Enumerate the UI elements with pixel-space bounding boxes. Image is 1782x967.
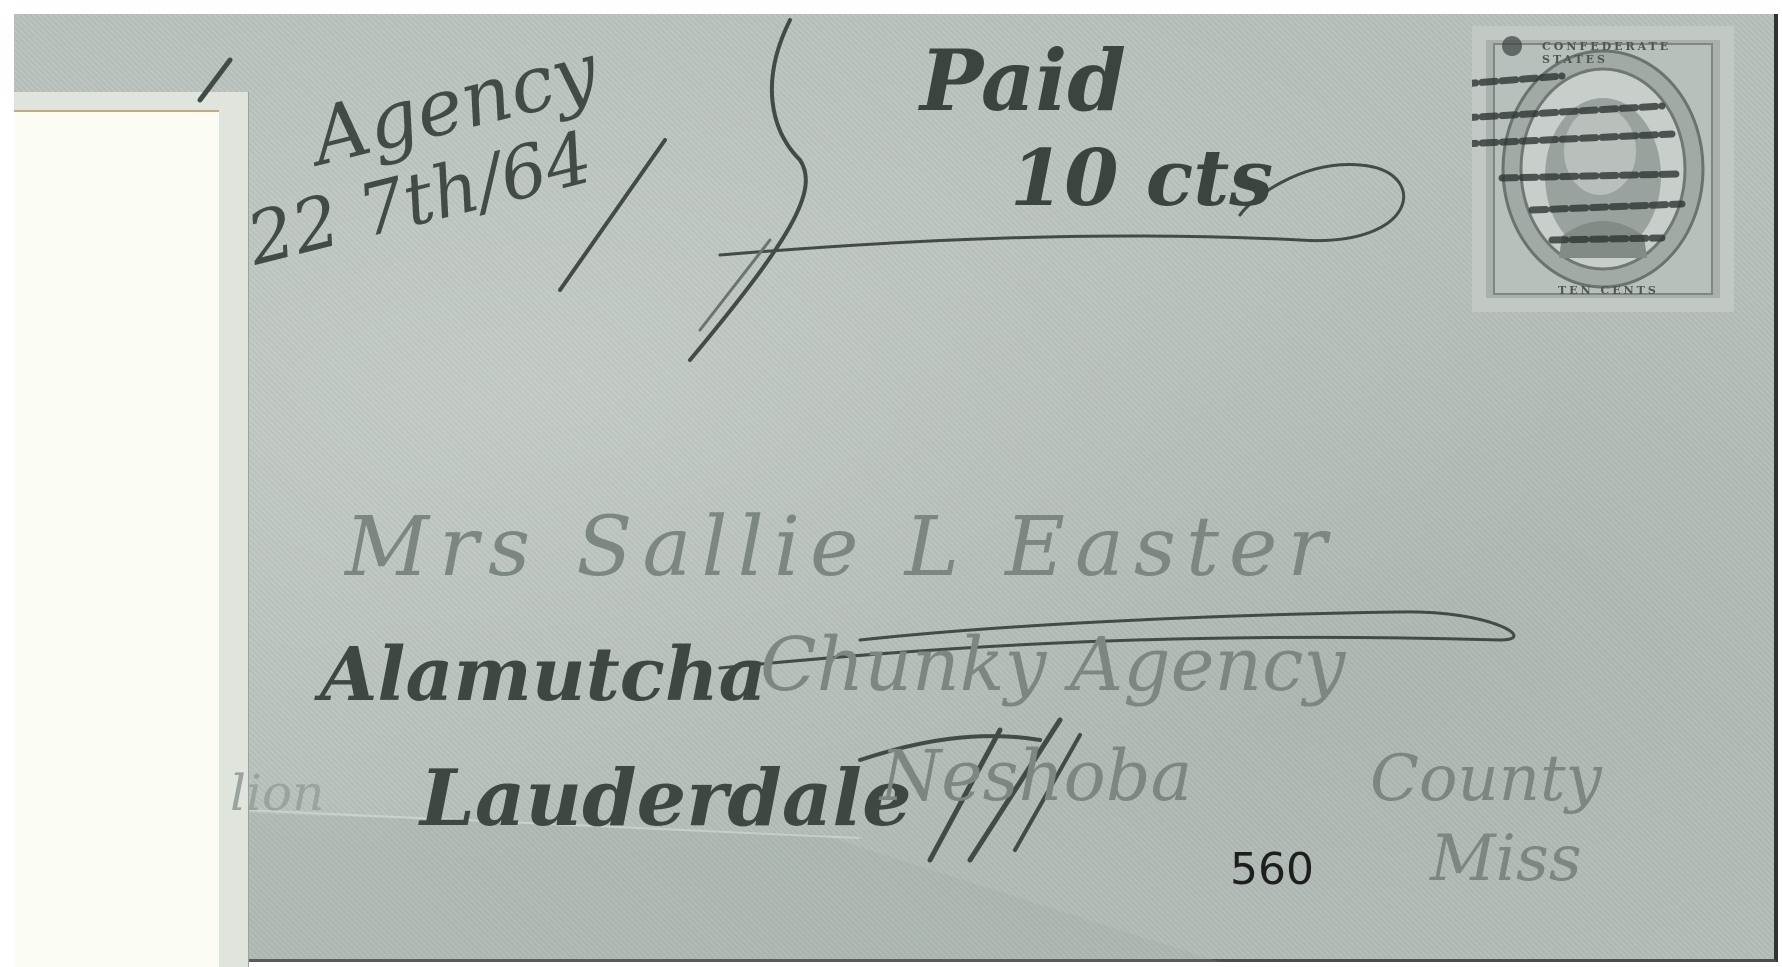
stamp-top-text: CONFEDERATE STATES	[1542, 40, 1734, 66]
stamp-value-text: TEN CENTS	[1558, 284, 1659, 297]
white-mount-panel	[14, 110, 219, 967]
cover-photograph: CONFEDERATE STATES TEN CENTS Agency 22 7…	[0, 0, 1782, 967]
postage-stamp: CONFEDERATE STATES TEN CENTS	[1472, 26, 1734, 312]
stamp-engraving-icon	[1472, 26, 1734, 312]
lot-number-label: 560	[1230, 848, 1314, 892]
